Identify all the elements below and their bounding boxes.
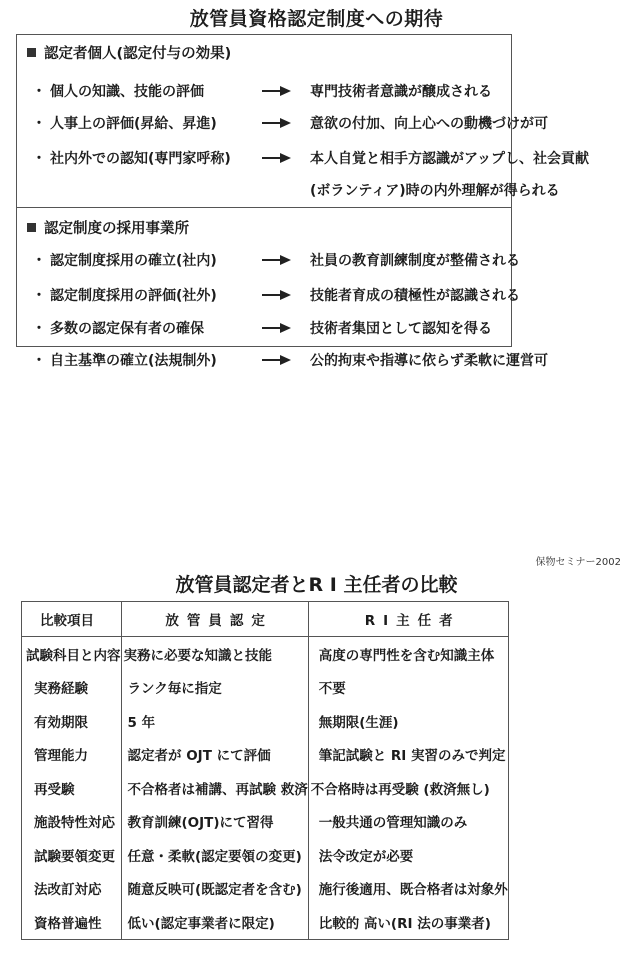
table-cell: 随意反映可(既認定者を含む) [121, 872, 308, 906]
right-arrow-icon [262, 153, 292, 163]
right-arrow-icon [262, 118, 292, 128]
table-cell: 再受験 [22, 771, 122, 805]
cause-item: ・社内外での認知(専門家呼称) [32, 148, 231, 168]
cause-item: ・認定制度採用の評価(社外) [32, 285, 217, 305]
table-cell: 試験科目と内容 [22, 637, 122, 671]
table-cell: 施設特性対応 [22, 805, 122, 839]
table-cell: 資格普遍性 [22, 905, 122, 939]
effect-item: 本人自覚と相手方認識がアップし、社会貢献 [310, 148, 589, 168]
table-cell: 低い(認定事業者に限定) [121, 905, 308, 939]
table-row: 施設特性対応 教育訓練(OJT)にて習得 一般共通の管理知識のみ [22, 805, 509, 839]
effect-item: 社員の教育訓練制度が整備される [310, 250, 520, 270]
table-row: 試験科目と内容 実務に必要な知識と技能 高度の専門性を含む知識主体 [22, 637, 509, 671]
table-cell: 試験要領変更 [22, 838, 122, 872]
table-row: 管理能力 認定者が OJT にて評価 筆記試験と RI 実習のみで判定 [22, 738, 509, 772]
cause-item: ・自主基準の確立(法規制外) [32, 350, 217, 370]
right-arrow-icon [262, 86, 292, 96]
table-cell: 実務に必要な知識と技能 [121, 637, 308, 671]
comparison-table: 比較項目 放管員認定 RI主任者 試験科目と内容 実務に必要な知識と技能 高度の… [21, 601, 509, 940]
square-bullet-icon [27, 48, 36, 57]
effect-item-continued: (ボランティア)時の内外理解が得られる [310, 180, 560, 200]
table-row: 試験要領変更 任意・柔軟(認定要領の変更) 法令改定が必要 [22, 838, 509, 872]
table-cell: 教育訓練(OJT)にて習得 [121, 805, 308, 839]
table-cell: 不合格時は再受験 (救済無し) [308, 771, 508, 805]
table-row: 再受験 不合格者は補講、再試験 救済 不合格時は再受験 (救済無し) [22, 771, 509, 805]
page-title-expectations: 放管員資格認定制度への期待 [0, 4, 633, 31]
table-cell: 高度の専門性を含む知識主体 [308, 637, 508, 671]
page-title-comparison: 放管員認定者とR I 主任者の比較 [0, 570, 633, 597]
table-cell: 法令改定が必要 [308, 838, 508, 872]
table-cell: 施行後適用、既合格者は対象外 [308, 872, 508, 906]
section-divider [17, 207, 511, 208]
table-cell: 認定者が OJT にて評価 [121, 738, 308, 772]
table-row: 実務経験 ランク毎に指定 不要 [22, 671, 509, 705]
cause-item: ・人事上の評価(昇給、昇進) [32, 113, 217, 133]
section-heading-individual: 認定者個人(認定付与の効果) [27, 42, 231, 63]
right-arrow-icon [262, 255, 292, 265]
cause-item: ・認定制度採用の確立(社内) [32, 250, 217, 270]
table-cell: 管理能力 [22, 738, 122, 772]
table-cell: 不要 [308, 671, 508, 705]
effect-item: 技術者集団として認知を得る [310, 318, 492, 338]
effect-item: 公的拘束や指導に依らず柔軟に運営可 [310, 350, 548, 370]
table-cell: 筆記試験と RI 実習のみで判定 [308, 738, 508, 772]
column-header: 比較項目 [22, 602, 122, 637]
table-cell: 無期限(生涯) [308, 704, 508, 738]
table-cell: 5 年 [121, 704, 308, 738]
table-row: 資格普遍性 低い(認定事業者に限定) 比較的 高い(RI 法の事業者) [22, 905, 509, 939]
cause-item: ・個人の知識、技能の評価 [32, 81, 204, 101]
effect-item: 意欲の付加、向上心への動機づけが可 [310, 113, 548, 133]
square-bullet-icon [27, 223, 36, 232]
table-cell: 任意・柔軟(認定要領の変更) [121, 838, 308, 872]
column-header: 放管員認定 [121, 602, 308, 637]
effect-item: 専門技術者意識が醸成される [310, 81, 492, 101]
table-cell: 実務経験 [22, 671, 122, 705]
effect-item: 技能者育成の積極性が認識される [310, 285, 520, 305]
column-header: RI主任者 [308, 602, 508, 637]
table-cell: 一般共通の管理知識のみ [308, 805, 508, 839]
seminar-note: 保物セミナー2002 [536, 553, 621, 568]
right-arrow-icon [262, 323, 292, 333]
table-row: 有効期限 5 年 無期限(生涯) [22, 704, 509, 738]
table-cell: ランク毎に指定 [121, 671, 308, 705]
section-heading-adopting-offices: 認定制度の採用事業所 [27, 217, 189, 238]
table-cell: 有効期限 [22, 704, 122, 738]
table-cell: 比較的 高い(RI 法の事業者) [308, 905, 508, 939]
right-arrow-icon [262, 290, 292, 300]
table-header-row: 比較項目 放管員認定 RI主任者 [22, 602, 509, 637]
cause-item: ・多数の認定保有者の確保 [32, 318, 204, 338]
right-arrow-icon [262, 355, 292, 365]
table-cell: 不合格者は補講、再試験 救済 [121, 771, 308, 805]
table-cell: 法改訂対応 [22, 872, 122, 906]
table-row: 法改訂対応 随意反映可(既認定者を含む) 施行後適用、既合格者は対象外 [22, 872, 509, 906]
